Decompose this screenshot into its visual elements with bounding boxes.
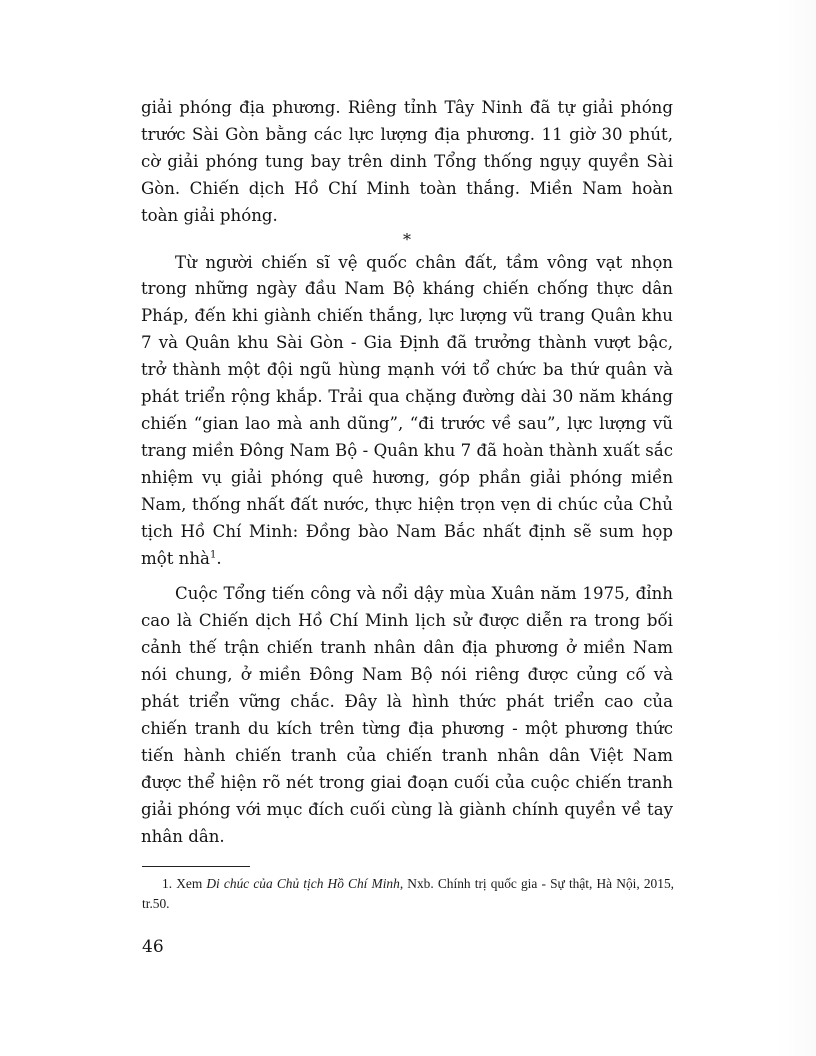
section-separator: *	[141, 230, 673, 250]
footnote-divider	[142, 866, 250, 867]
footnote-title: Di chúc của Chủ tịch Hồ Chí Minh	[206, 876, 399, 891]
paragraph-2-end: .	[216, 549, 221, 568]
footnote-1: 1. Xem Di chúc của Chủ tịch Hồ Chí Minh,…	[142, 874, 674, 914]
page-edge-shade	[776, 0, 816, 1056]
footnote-marker: 1.	[162, 876, 172, 891]
paragraph-continued: giải phóng địa phương. Riêng tỉnh Tây Ni…	[141, 95, 673, 230]
page-number: 46	[142, 937, 164, 957]
paragraph-3: Cuộc Tổng tiến công và nổi dậy mùa Xuân …	[141, 581, 673, 850]
paragraph-2: Từ người chiến sĩ vệ quốc chân đất, tầm …	[141, 250, 673, 573]
paragraph-2-text: Từ người chiến sĩ vệ quốc chân đất, tầm …	[141, 253, 673, 568]
footnote-prefix: Xem	[176, 876, 202, 891]
document-page: giải phóng địa phương. Riêng tỉnh Tây Ni…	[0, 0, 816, 1056]
body-text: giải phóng địa phương. Riêng tỉnh Tây Ni…	[141, 95, 673, 850]
